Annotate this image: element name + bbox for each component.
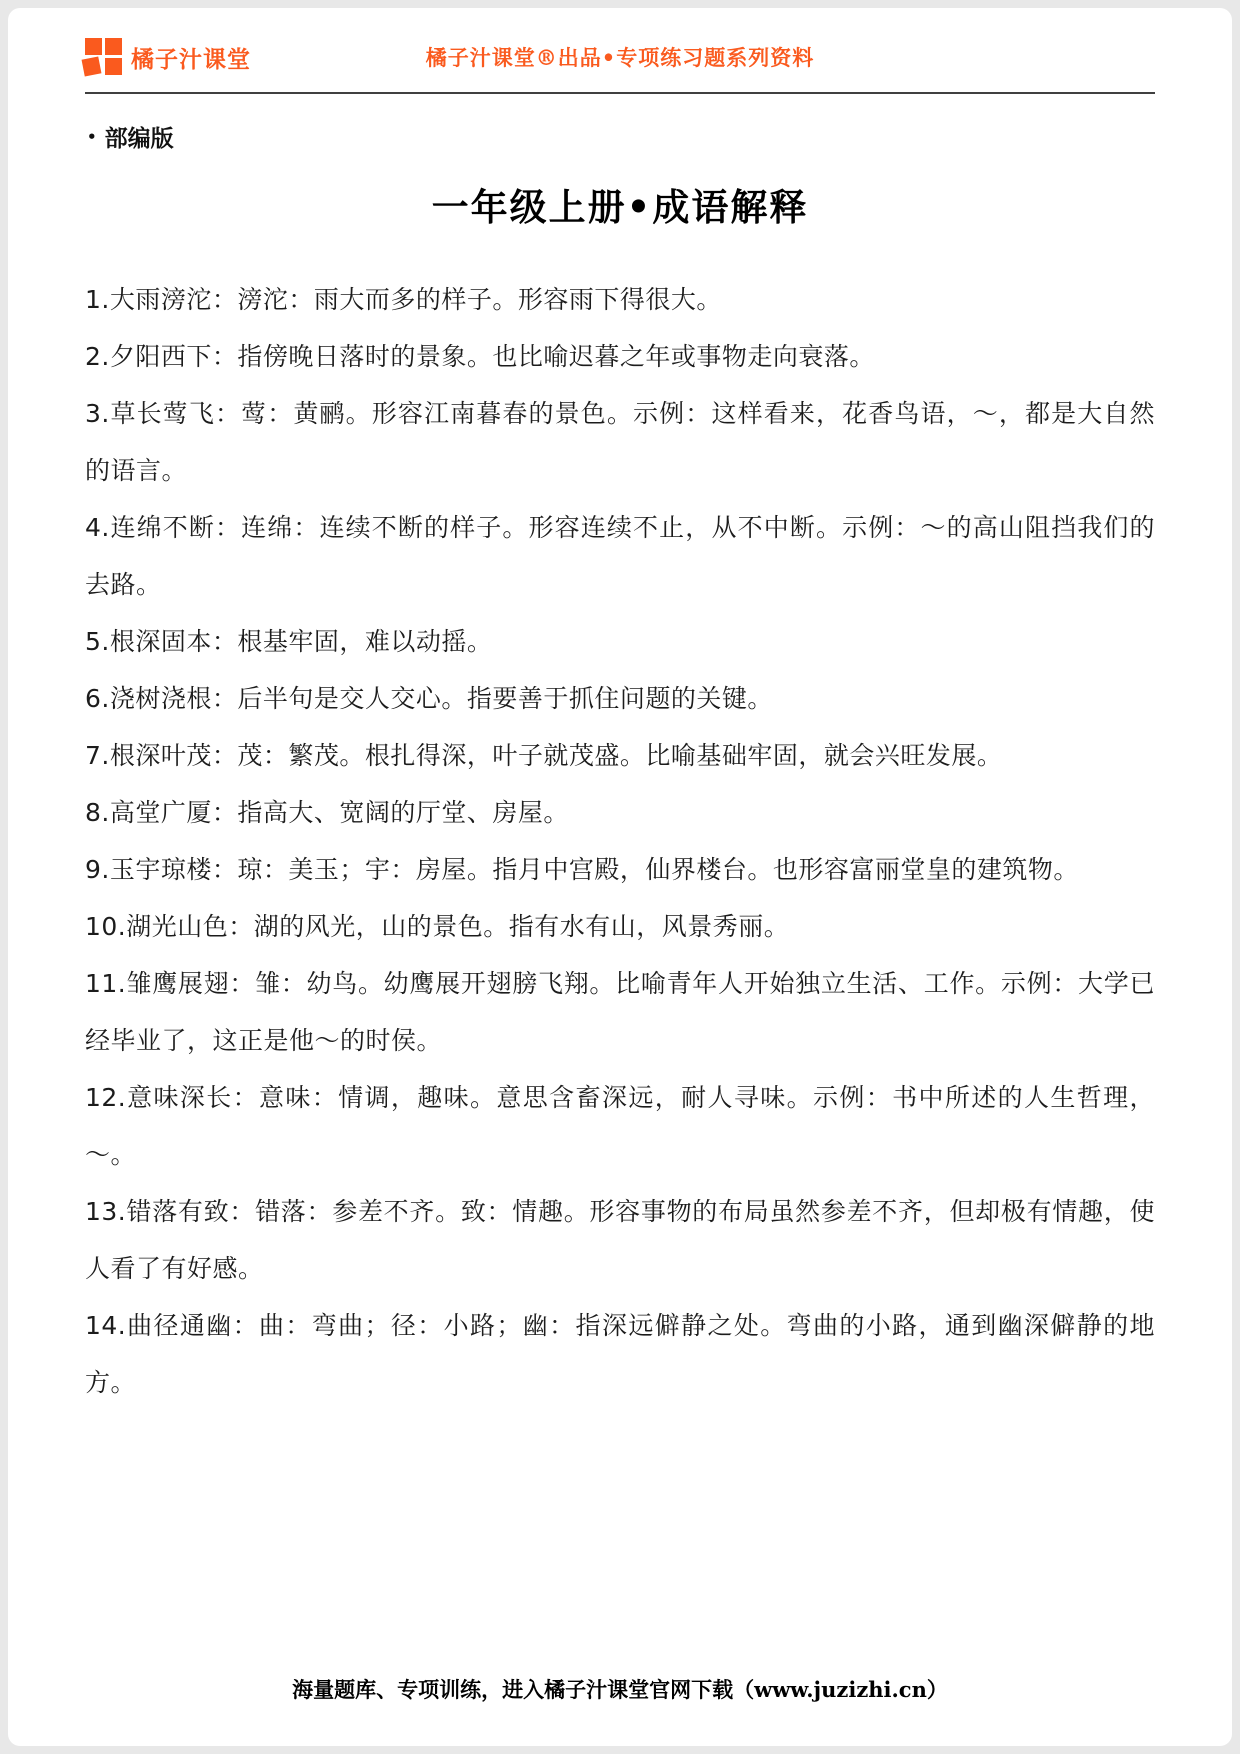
idiom-item-10: 10.湖光山色：湖的风光，山的景色。指有水有山，风景秀丽。 [85,898,1155,955]
idiom-item-13: 13.错落有致：错落：参差不齐。致：情趣。形容事物的布局虽然参差不齐，但却极有情… [85,1183,1155,1297]
edition-text: 部编版 [105,126,174,152]
idiom-item-6: 6.浇树浇根：后半句是交人交心。指要善于抓住问题的关键。 [85,670,1155,727]
idiom-item-12: 12.意味深长：意味：情调，趣味。意思含畜深远，耐人寻味。示例：书中所述的人生哲… [85,1069,1155,1183]
brand: 橘子汁课堂 [85,38,251,76]
four-squares-grid-icon [85,38,123,76]
document-page: 橘子汁课堂 橘子汁课堂®出品•专项练习题系列资料 •部编版 一年级上册•成语解释… [8,8,1232,1746]
idiom-item-5: 5.根深固本：根基牢固，难以动摇。 [85,613,1155,670]
brand-name: 橘子汁课堂 [131,41,251,74]
page-header: 橘子汁课堂 橘子汁课堂®出品•专项练习题系列资料 [85,34,1155,80]
idiom-item-8: 8.高堂广厦：指高大、宽阔的厅堂、房屋。 [85,784,1155,841]
edition-label: •部编版 [85,120,1155,153]
idiom-item-2: 2.夕阳西下：指傍晚日落时的景象。也比喻迟暮之年或事物走向衰落。 [85,328,1155,385]
idiom-item-11: 11.雏鹰展翅：雏：幼鸟。幼鹰展开翅膀飞翔。比喻青年人开始独立生活、工作。示例：… [85,955,1155,1069]
idiom-item-9: 9.玉宇琼楼：琼：美玉；宇：房屋。指月中宫殿，仙界楼台。也形容富丽堂皇的建筑物。 [85,841,1155,898]
idiom-item-14: 14.曲径通幽：曲：弯曲；径：小路；幽：指深远僻静之处。弯曲的小路，通到幽深僻静… [85,1297,1155,1411]
bullet-icon: • [87,128,97,146]
idiom-item-3: 3.草长莺飞：莺：黄鹂。形容江南暮春的景色。示例：这样看来，花香鸟语，～，都是大… [85,385,1155,499]
page-title: 一年级上册•成语解释 [85,177,1155,231]
idiom-item-1: 1.大雨滂沱：滂沱：雨大而多的样子。形容雨下得很大。 [85,271,1155,328]
header-divider [85,92,1155,94]
idiom-list: 1.大雨滂沱：滂沱：雨大而多的样子。形容雨下得很大。 2.夕阳西下：指傍晚日落时… [85,271,1155,1411]
page-footer: 海量题库、专项训练，进入橘子汁课堂官网下载（www.juzizhi.cn） [8,1674,1232,1704]
idiom-item-4: 4.连绵不断：连绵：连续不断的样子。形容连续不止，从不中断。示例：～的高山阻挡我… [85,499,1155,613]
idiom-item-7: 7.根深叶茂：茂：繁茂。根扎得深，叶子就茂盛。比喻基础牢固，就会兴旺发展。 [85,727,1155,784]
